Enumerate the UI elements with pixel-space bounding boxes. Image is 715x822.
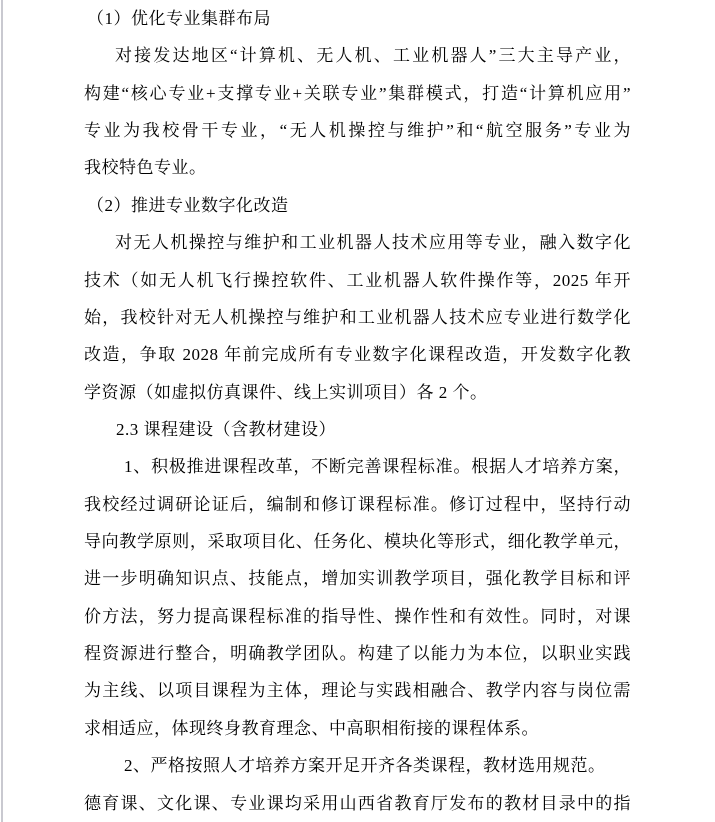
text-line: （2）推进专业数字化改造 [84, 187, 631, 224]
text-line: 德育课、文化课、专业课均采用山西省教育厅发布的教材目录中的指 [84, 785, 631, 822]
text-line: 专业为我校骨干专业，“无人机操控与维护”和“航空服务”专业为 [84, 112, 631, 149]
text-line: （1）优化专业集群布局 [84, 0, 631, 37]
text-line: 1、积极推进课程改革，不断完善课程标准。根据人才培养方案， [84, 448, 631, 485]
text-line: 2、严格按照人才培养方案开足开齐各类课程，教材选用规范。 [84, 747, 631, 784]
text-line: 程资源进行整合，明确教学团队。构建了以能力为本位，以职业实践 [84, 635, 631, 672]
text-line: 改造，争取 2028 年前完成所有专业数字化课程改造，开发数字化教 [84, 336, 631, 373]
text-line: 对接发达地区“计算机、无人机、工业机器人”三大主导产业， [84, 37, 631, 74]
document-viewport: { "document": { "language": "zh-CN", "te… [0, 0, 715, 822]
text-line: 求相适应，体现终身教育理念、中高职相衔接的课程体系。 [84, 710, 631, 747]
text-line: 2.3 课程建设（含教材建设） [84, 411, 631, 448]
page-left-edge [1, 0, 3, 822]
document-body: （1）优化专业集群布局对接发达地区“计算机、无人机、工业机器人”三大主导产业，构… [84, 0, 631, 822]
text-line: 我校经过调研论证后，编制和修订课程标准。修订过程中，坚持行动 [84, 486, 631, 523]
text-line: 构建“核心专业+支撑专业+关联专业”集群模式，打造“计算机应用” [84, 75, 631, 112]
text-line: 为主线、以项目课程为主体，理论与实践相融合、教学内容与岗位需 [84, 672, 631, 709]
text-line: 始，我校针对无人机操控与维护和工业机器人技术应专业进行数学化 [84, 299, 631, 336]
text-line: 进一步明确知识点、技能点，增加实训教学项目，强化教学目标和评 [84, 560, 631, 597]
text-line: 价方法，努力提高课程标准的指导性、操作性和有效性。同时，对课 [84, 598, 631, 635]
text-line: 我校特色专业。 [84, 149, 631, 186]
text-line: 导向教学原则，采取项目化、任务化、模块化等形式，细化教学单元， [84, 523, 631, 560]
text-line: 技术（如无人机飞行操控软件、工业机器人软件操作等，2025 年开 [84, 262, 631, 299]
text-line: 学资源（如虚拟仿真课件、线上实训项目）各 2 个。 [84, 374, 631, 411]
text-line: 对无人机操控与维护和工业机器人技术应用等专业，融入数字化 [84, 224, 631, 261]
